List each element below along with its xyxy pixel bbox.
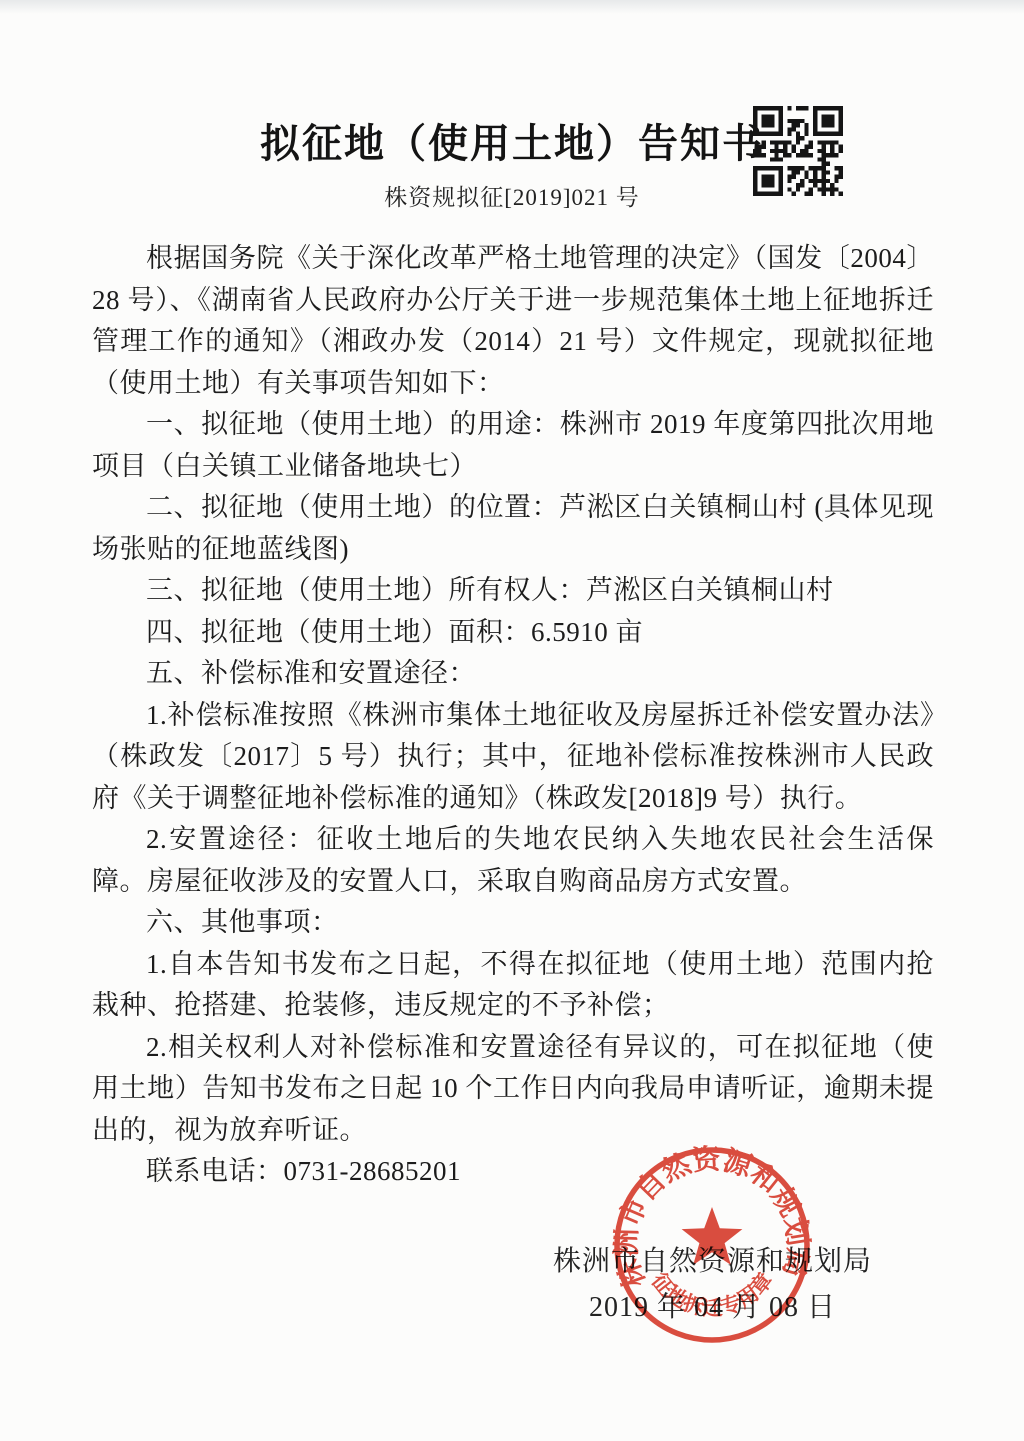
document-number: 株资规拟征[2019]021 号 (0, 179, 1024, 212)
body-paragraph: 1.自本告知书发布之日起，不得在拟征地（使用土地）范围内抢栽种、抢搭建、抢装修，… (92, 944, 934, 1027)
body-paragraph: 联系电话：0731-28685201 (92, 1151, 934, 1193)
issuing-agency: 株洲市自然资源和规划局 (553, 1239, 872, 1285)
body-paragraph: 二、拟征地（使用土地）的位置：芦淞区白关镇桐山村 (具体见现场张贴的征地蓝线图) (92, 487, 934, 570)
body-paragraph: 五、补偿标准和安置途径： (92, 653, 934, 695)
body-paragraph: 六、其他事项： (92, 902, 934, 944)
qr-code-image (753, 106, 843, 196)
issue-date: 2019 年 04 月 08 日 (553, 1285, 872, 1331)
document-page: 拟征地（使用土地）告知书 株资规拟征[2019]021 号 根据国务院《关于深化… (0, 0, 1024, 1441)
signature-block: 株洲市自然资源和规划局 2019 年 04 月 08 日 (553, 1239, 872, 1331)
body-paragraph: 2.安置途径：征收土地后的失地农民纳入失地农民社会生活保障。房屋征收涉及的安置人… (92, 819, 934, 902)
document-title: 拟征地（使用土地）告知书 (0, 0, 1024, 169)
body-paragraph: 2.相关权利人对补偿标准和安置途径有异议的，可在拟征地（使用土地）告知书发布之日… (92, 1027, 934, 1152)
qr-code-icon (753, 106, 843, 196)
body-paragraphs: 根据国务院《关于深化改革严格土地管理的决定》（国发〔2004〕28 号）、《湖南… (92, 238, 934, 1193)
body-paragraph: 一、拟征地（使用土地）的用途：株洲市 2019 年度第四批次用地项目（白关镇工业… (92, 404, 934, 487)
body-paragraph: 三、拟征地（使用土地）所有权人：芦淞区白关镇桐山村 (92, 570, 934, 612)
body-paragraph: 1.补偿标准按照《株洲市集体土地征收及房屋拆迁补偿安置办法》（株政发〔2017〕… (92, 695, 934, 820)
body-paragraph: 根据国务院《关于深化改革严格土地管理的决定》（国发〔2004〕28 号）、《湖南… (92, 238, 934, 404)
body-paragraph: 四、拟征地（使用土地）面积：6.5910 亩 (92, 612, 934, 654)
